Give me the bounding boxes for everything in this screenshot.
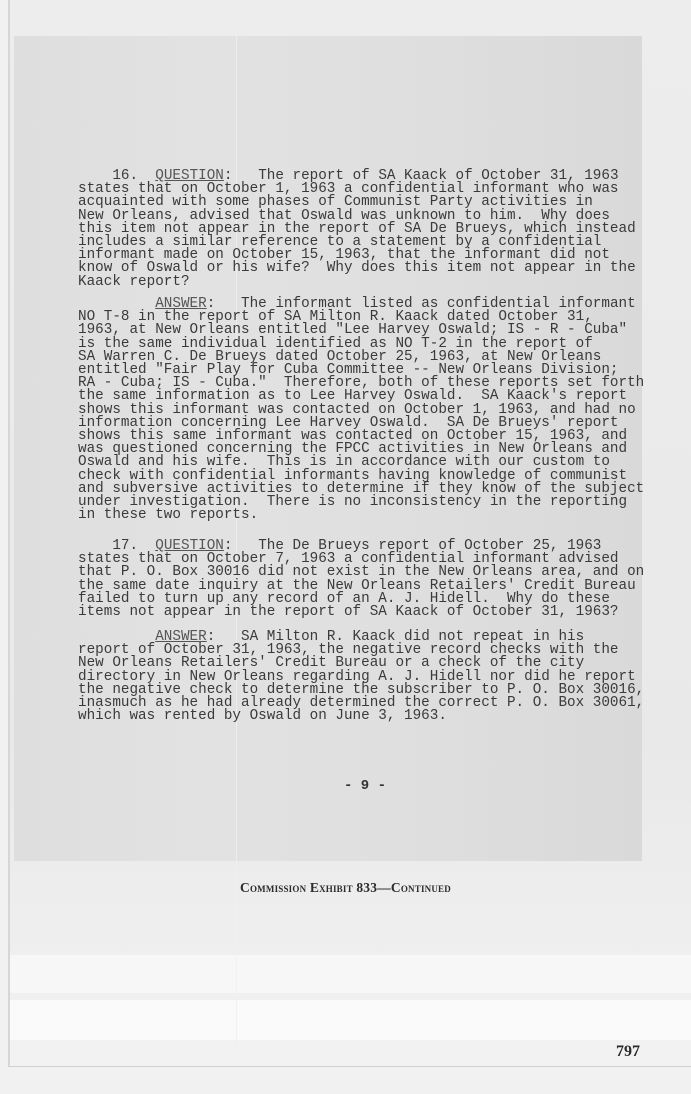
page-number: - 9 - [344, 778, 386, 794]
answer-16: ANSWER: The informant listed as confiden… [78, 298, 644, 522]
text-line: in these two reports. [78, 507, 258, 523]
scan-band [10, 955, 691, 993]
exhibit-caption: Commission Exhibit 833—Continued [0, 880, 691, 896]
question-16: 16. QUESTION: The report of SA Kaack of … [78, 170, 636, 289]
scan-band [10, 1000, 691, 1040]
question-17: 17. QUESTION: The De Brueys report of Oc… [78, 540, 644, 619]
text-line: which was rented by Oswald on June 3, 19… [78, 708, 447, 724]
text-line: items not appear in the report of SA Kaa… [78, 604, 619, 620]
text-line: Kaack report? [78, 274, 190, 290]
folio-number: 797 [616, 1043, 640, 1061]
answer-17: ANSWER: SA Milton R. Kaack did not repea… [78, 631, 644, 723]
